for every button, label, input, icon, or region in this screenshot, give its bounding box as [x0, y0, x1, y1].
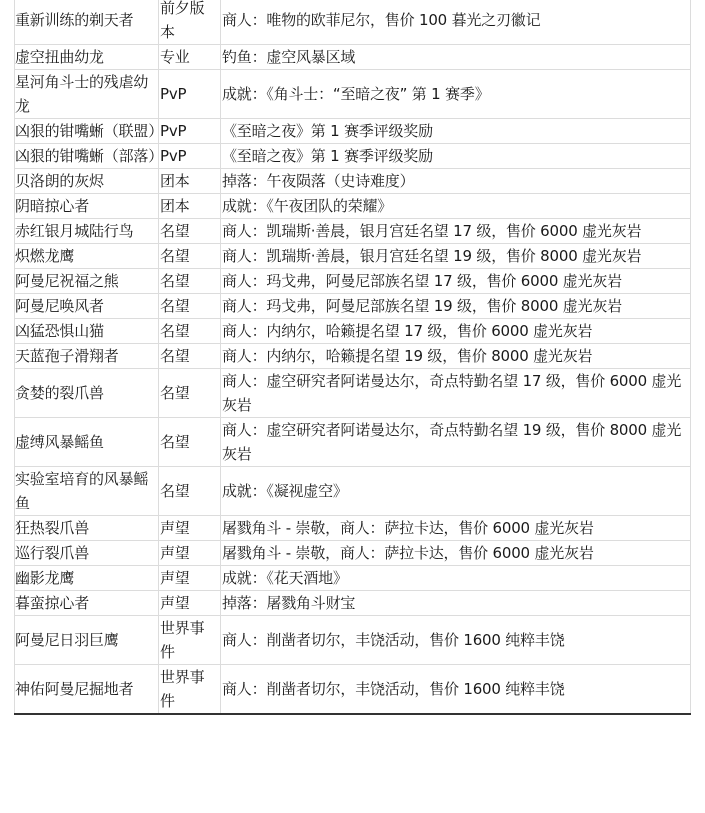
mount-name-cell: 凶狠的钳嘴蜥（部落）	[15, 144, 159, 169]
source-cell: 掉落：屠戮角斗财宝	[221, 591, 691, 616]
table-row: 贪婪的裂爪兽名望商人：虚空研究者阿诺曼达尔，奇点特勤名望 17 级，售价 600…	[15, 369, 691, 418]
source-cell: 屠戮角斗 - 崇敬，商人：萨拉卡达，售价 6000 虚光灰岩	[221, 541, 691, 566]
source-cell: 《至暗之夜》第 1 赛季评级奖励	[221, 119, 691, 144]
mount-name-cell: 虚缚风暴鳐鱼	[15, 418, 159, 467]
mount-name-cell: 神佑阿曼尼掘地者	[15, 665, 159, 715]
source-cell: 成就：《午夜团队的荣耀》	[221, 194, 691, 219]
source-cell: 商人：唯物的欧菲尼尔，售价 100 暮光之刃徽记	[221, 0, 691, 45]
table-row: 阿曼尼唤风者名望商人：玛戈弗，阿曼尼部族名望 19 级，售价 8000 虚光灰岩	[15, 294, 691, 319]
table-row: 贝洛朗的灰烬团本掉落：午夜陨落（史诗难度）	[15, 169, 691, 194]
category-cell: 名望	[159, 269, 221, 294]
mount-name-cell: 天蓝孢子滑翔者	[15, 344, 159, 369]
table-row: 阿曼尼日羽巨鹰世界事件商人：削凿者切尔，丰饶活动，售价 1600 纯粹丰饶	[15, 616, 691, 665]
mount-source-table: 重新训练的剃天者前夕版本商人：唯物的欧菲尼尔，售价 100 暮光之刃徽记 虚空扭…	[14, 0, 691, 715]
mount-name-cell: 阿曼尼祝福之熊	[15, 269, 159, 294]
category-cell: 声望	[159, 591, 221, 616]
source-cell: 商人：虚空研究者阿诺曼达尔，奇点特勤名望 17 级，售价 6000 虚光灰岩	[221, 369, 691, 418]
mount-name-cell: 重新训练的剃天者	[15, 0, 159, 45]
mount-name-cell: 暮蛮掠心者	[15, 591, 159, 616]
mount-name-cell: 星河角斗士的残虐幼龙	[15, 70, 159, 119]
table-row: 赤红银月城陆行鸟名望商人：凯瑞斯·善晨，银月宫廷名望 17 级，售价 6000 …	[15, 219, 691, 244]
source-cell: 屠戮角斗 - 崇敬，商人：萨拉卡达，售价 6000 虚光灰岩	[221, 516, 691, 541]
category-cell: 声望	[159, 516, 221, 541]
mount-name-cell: 贝洛朗的灰烬	[15, 169, 159, 194]
category-cell: 名望	[159, 219, 221, 244]
category-cell: 名望	[159, 344, 221, 369]
mount-name-cell: 阿曼尼日羽巨鹰	[15, 616, 159, 665]
source-cell: 商人：内纳尔，哈籁提名望 17 级，售价 6000 虚光灰岩	[221, 319, 691, 344]
mount-name-cell: 虚空扭曲幼龙	[15, 45, 159, 70]
table-row: 阿曼尼祝福之熊名望商人：玛戈弗，阿曼尼部族名望 17 级，售价 6000 虚光灰…	[15, 269, 691, 294]
source-cell: 商人：虚空研究者阿诺曼达尔，奇点特勤名望 19 级，售价 8000 虚光灰岩	[221, 418, 691, 467]
mount-name-cell: 狂热裂爪兽	[15, 516, 159, 541]
category-cell: 世界事件	[159, 665, 221, 715]
mount-name-cell: 凶猛恐惧山猫	[15, 319, 159, 344]
mount-name-cell: 实验室培育的风暴鳐鱼	[15, 467, 159, 516]
mount-name-cell: 巡行裂爪兽	[15, 541, 159, 566]
category-cell: 团本	[159, 194, 221, 219]
table-row: 虚空扭曲幼龙专业钓鱼：虚空风暴区域	[15, 45, 691, 70]
category-cell: 名望	[159, 294, 221, 319]
source-cell: 钓鱼：虚空风暴区域	[221, 45, 691, 70]
mount-name-cell: 幽影龙鹰	[15, 566, 159, 591]
category-cell: PvP	[159, 119, 221, 144]
source-cell: 商人：凯瑞斯·善晨，银月宫廷名望 17 级，售价 6000 虚光灰岩	[221, 219, 691, 244]
mount-source-table-container: 重新训练的剃天者前夕版本商人：唯物的欧菲尼尔，售价 100 暮光之刃徽记 虚空扭…	[14, 0, 691, 715]
table-row: 巡行裂爪兽声望屠戮角斗 - 崇敬，商人：萨拉卡达，售价 6000 虚光灰岩	[15, 541, 691, 566]
category-cell: 名望	[159, 467, 221, 516]
source-cell: 商人：玛戈弗，阿曼尼部族名望 17 级，售价 6000 虚光灰岩	[221, 269, 691, 294]
table-body: 重新训练的剃天者前夕版本商人：唯物的欧菲尼尔，售价 100 暮光之刃徽记 虚空扭…	[15, 0, 691, 714]
table-row: 炽燃龙鹰名望商人：凯瑞斯·善晨，银月宫廷名望 19 级，售价 8000 虚光灰岩	[15, 244, 691, 269]
source-cell: 商人：玛戈弗，阿曼尼部族名望 19 级，售价 8000 虚光灰岩	[221, 294, 691, 319]
category-cell: 名望	[159, 244, 221, 269]
table-row: 暮蛮掠心者声望掉落：屠戮角斗财宝	[15, 591, 691, 616]
table-row: 狂热裂爪兽声望屠戮角斗 - 崇敬，商人：萨拉卡达，售价 6000 虚光灰岩	[15, 516, 691, 541]
mount-name-cell: 贪婪的裂爪兽	[15, 369, 159, 418]
source-cell: 商人：削凿者切尔，丰饶活动，售价 1600 纯粹丰饶	[221, 616, 691, 665]
table-row: 天蓝孢子滑翔者名望商人：内纳尔，哈籁提名望 19 级，售价 8000 虚光灰岩	[15, 344, 691, 369]
source-cell: 掉落：午夜陨落（史诗难度）	[221, 169, 691, 194]
source-cell: 商人：削凿者切尔，丰饶活动，售价 1600 纯粹丰饶	[221, 665, 691, 715]
table-row: 阴暗掠心者团本成就：《午夜团队的荣耀》	[15, 194, 691, 219]
category-cell: 团本	[159, 169, 221, 194]
category-cell: 专业	[159, 45, 221, 70]
mount-name-cell: 凶狠的钳嘴蜥（联盟）	[15, 119, 159, 144]
source-cell: 《至暗之夜》第 1 赛季评级奖励	[221, 144, 691, 169]
table-row: 幽影龙鹰声望成就：《花天酒地》	[15, 566, 691, 591]
table-row: 凶狠的钳嘴蜥（联盟）PvP《至暗之夜》第 1 赛季评级奖励	[15, 119, 691, 144]
category-cell: PvP	[159, 144, 221, 169]
table-row: 虚缚风暴鳐鱼名望商人：虚空研究者阿诺曼达尔，奇点特勤名望 19 级，售价 800…	[15, 418, 691, 467]
category-cell: 声望	[159, 566, 221, 591]
source-cell: 商人：凯瑞斯·善晨，银月宫廷名望 19 级，售价 8000 虚光灰岩	[221, 244, 691, 269]
category-cell: 声望	[159, 541, 221, 566]
category-cell: 世界事件	[159, 616, 221, 665]
mount-name-cell: 阴暗掠心者	[15, 194, 159, 219]
table-row: 神佑阿曼尼掘地者世界事件商人：削凿者切尔，丰饶活动，售价 1600 纯粹丰饶	[15, 665, 691, 715]
mount-name-cell: 赤红银月城陆行鸟	[15, 219, 159, 244]
source-cell: 成就：《角斗士：“至暗之夜” 第 1 赛季》	[221, 70, 691, 119]
category-cell: PvP	[159, 70, 221, 119]
source-cell: 成就：《花天酒地》	[221, 566, 691, 591]
table-row: 凶猛恐惧山猫名望商人：内纳尔，哈籁提名望 17 级，售价 6000 虚光灰岩	[15, 319, 691, 344]
table-row: 星河角斗士的残虐幼龙PvP成就：《角斗士：“至暗之夜” 第 1 赛季》	[15, 70, 691, 119]
mount-name-cell: 炽燃龙鹰	[15, 244, 159, 269]
category-cell: 前夕版本	[159, 0, 221, 45]
category-cell: 名望	[159, 319, 221, 344]
source-cell: 商人：内纳尔，哈籁提名望 19 级，售价 8000 虚光灰岩	[221, 344, 691, 369]
table-row: 实验室培育的风暴鳐鱼名望成就：《凝视虚空》	[15, 467, 691, 516]
mount-name-cell: 阿曼尼唤风者	[15, 294, 159, 319]
category-cell: 名望	[159, 418, 221, 467]
source-cell: 成就：《凝视虚空》	[221, 467, 691, 516]
table-row: 重新训练的剃天者前夕版本商人：唯物的欧菲尼尔，售价 100 暮光之刃徽记	[15, 0, 691, 45]
table-row: 凶狠的钳嘴蜥（部落）PvP《至暗之夜》第 1 赛季评级奖励	[15, 144, 691, 169]
category-cell: 名望	[159, 369, 221, 418]
